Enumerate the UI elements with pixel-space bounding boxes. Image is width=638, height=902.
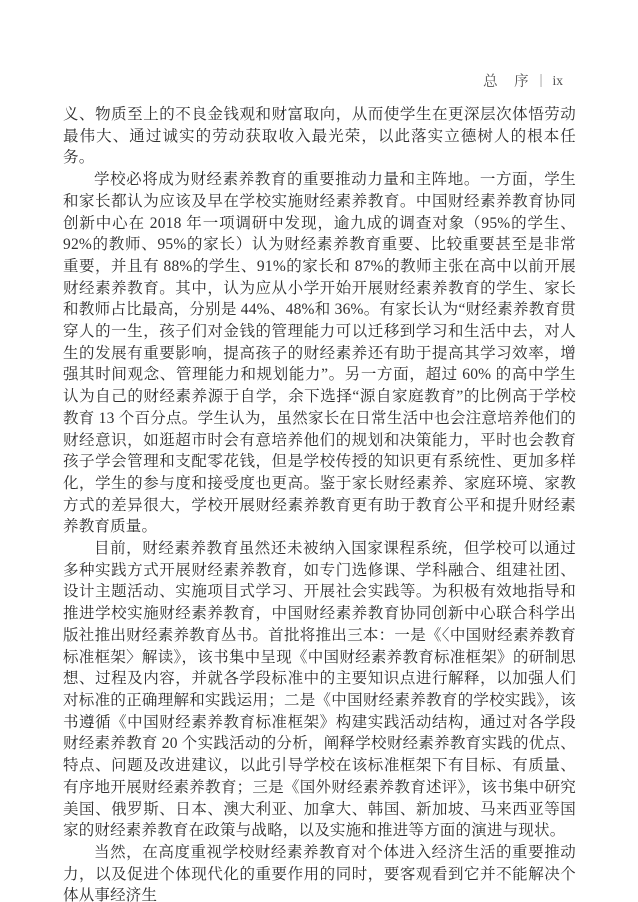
body-text: 义、物质至上的不良金钱观和财富取向，从而使学生在更深层次体悟劳动最伟大、通过诚实… xyxy=(63,104,576,902)
page-header: 总 序 | ix xyxy=(63,70,563,91)
paragraph: 目前，财经素养教育虽然还未被纳入国家课程系统，但学校可以通过多种实践方式开展财经… xyxy=(63,538,576,842)
paragraph: 当然，在高度重视学校财经素养教育对个体进入经济生活的重要推动力，以及促进个体现代… xyxy=(63,842,576,902)
paragraph: 义、物质至上的不良金钱观和财富取向，从而使学生在更深层次体悟劳动最伟大、通过诚实… xyxy=(63,104,576,169)
paragraph: 学校必将成为财经素养教育的重要推动力量和主阵地。一方面，学生和家长都认为应该及早… xyxy=(63,169,576,538)
book-page: 总 序 | ix 义、物质至上的不良金钱观和财富取向，从而使学生在更深层次体悟劳… xyxy=(0,0,638,902)
header-separator: | xyxy=(540,72,543,89)
page-number: ix xyxy=(552,73,563,89)
chapter-title: 总 序 xyxy=(483,70,530,91)
